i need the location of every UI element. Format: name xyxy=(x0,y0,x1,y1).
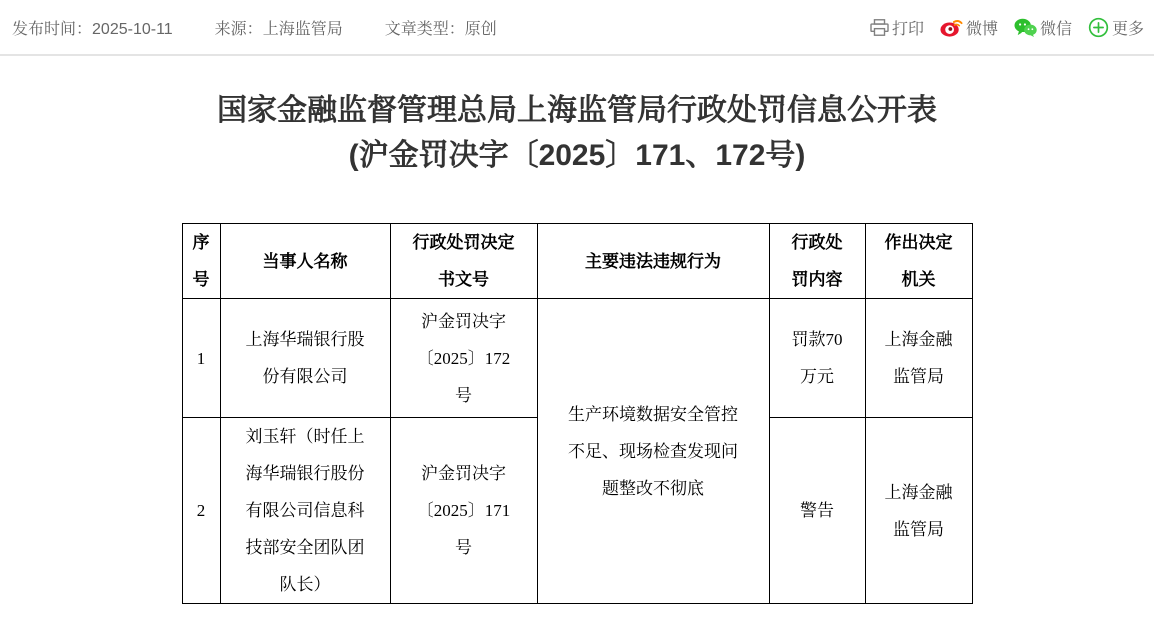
article-meta-bar: 发布时间：2025-10-11 来源：上海监管局 文章类型：原创 打印 xyxy=(0,0,1154,56)
wechat-share-button[interactable]: 微信 xyxy=(1014,16,1072,39)
print-button[interactable]: 打印 xyxy=(870,16,924,39)
source: 来源：上海监管局 xyxy=(215,16,343,39)
header-penalty: 行政处罚内容 xyxy=(769,224,865,299)
more-label: 更多 xyxy=(1112,16,1144,39)
share-toolbar: 打印 微博 xyxy=(870,16,1144,39)
page-title-line1: 国家金融监督管理总局上海监管局行政处罚信息公开表 xyxy=(217,94,937,127)
header-violation: 主要违法违规行为 xyxy=(537,224,769,299)
cell-party-name: 刘玉轩（时任上海华瑞银行股份有限公司信息科技部安全团队团队长） xyxy=(220,418,390,604)
cell-penalty: 罚款70万元 xyxy=(769,299,865,418)
cell-serial-no: 2 xyxy=(182,418,220,604)
weibo-share-button[interactable]: 微博 xyxy=(940,16,998,39)
more-share-button[interactable]: 更多 xyxy=(1088,16,1144,39)
cell-violation-merged: 生产环境数据安全管控不足、现场检查发现问题整改不彻底 xyxy=(537,299,769,604)
wechat-icon xyxy=(1014,18,1037,37)
source-label: 来源： xyxy=(215,21,263,38)
article-type-label: 文章类型： xyxy=(385,21,465,38)
article-type: 文章类型：原创 xyxy=(385,16,497,39)
header-decision-doc-no: 行政处罚决定书文号 xyxy=(390,224,537,299)
table-header-row: 序号 当事人名称 行政处罚决定书文号 主要违法违规行为 行政处罚内容 作出决定机… xyxy=(182,224,972,299)
publish-time-label: 发布时间： xyxy=(12,21,92,38)
meta-info: 发布时间：2025-10-11 来源：上海监管局 文章类型：原创 xyxy=(12,16,497,39)
header-party-name: 当事人名称 xyxy=(220,224,390,299)
weibo-label: 微博 xyxy=(966,16,998,39)
page-title-line2: (沪金罚决字〔2025〕171、172号) xyxy=(349,139,806,172)
page-title: 国家金融监督管理总局上海监管局行政处罚信息公开表 (沪金罚决字〔2025〕171… xyxy=(0,88,1154,178)
cell-party-name: 上海华瑞银行股份有限公司 xyxy=(220,299,390,418)
cell-serial-no: 1 xyxy=(182,299,220,418)
cell-authority: 上海金融监管局 xyxy=(865,418,972,604)
header-serial-no: 序号 xyxy=(182,224,220,299)
cell-decision-doc-no: 沪金罚决字〔2025〕171号 xyxy=(390,418,537,604)
cell-penalty: 警告 xyxy=(769,418,865,604)
wechat-label: 微信 xyxy=(1040,16,1072,39)
cell-decision-doc-no: 沪金罚决字〔2025〕172号 xyxy=(390,299,537,418)
penalty-table: 序号 当事人名称 行政处罚决定书文号 主要违法违规行为 行政处罚内容 作出决定机… xyxy=(182,223,973,604)
publish-time: 发布时间：2025-10-11 xyxy=(12,16,173,39)
source-value: 上海监管局 xyxy=(263,21,343,38)
printer-icon xyxy=(870,19,889,36)
plus-circle-icon xyxy=(1088,17,1109,38)
header-authority: 作出决定机关 xyxy=(865,224,972,299)
article-type-value: 原创 xyxy=(465,21,497,38)
table-row: 1 上海华瑞银行股份有限公司 沪金罚决字〔2025〕172号 生产环境数据安全管… xyxy=(182,299,972,418)
weibo-icon xyxy=(940,18,963,37)
print-label: 打印 xyxy=(892,16,924,39)
publish-time-value: 2025-10-11 xyxy=(92,21,173,38)
cell-authority: 上海金融监管局 xyxy=(865,299,972,418)
